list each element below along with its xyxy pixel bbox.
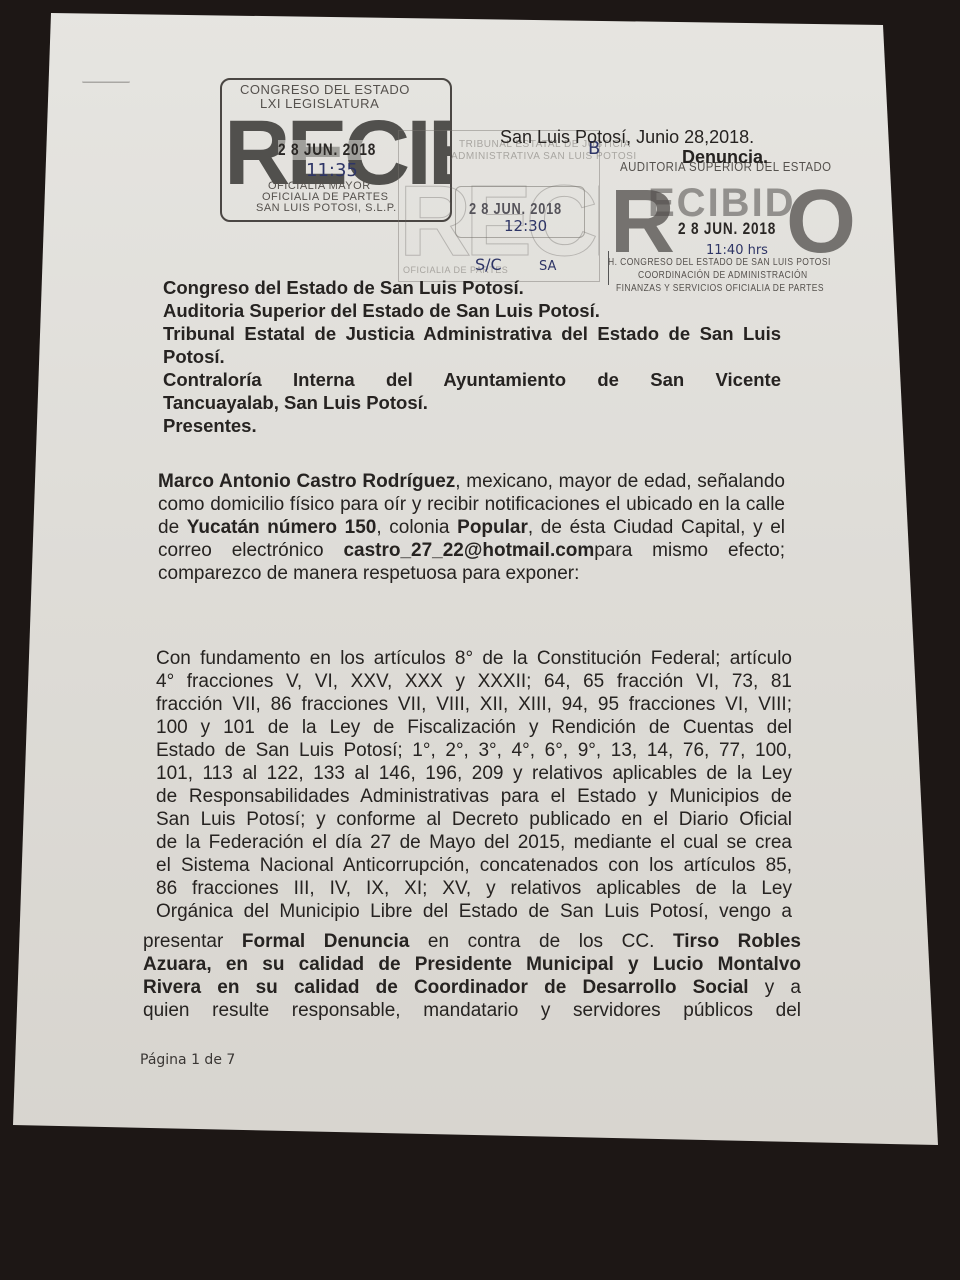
staple bbox=[82, 80, 130, 83]
stamp-auditoria-time: 11:40 hrs bbox=[706, 243, 768, 258]
body-line: San Luis Potosí; y conforme al Decreto p… bbox=[156, 808, 792, 831]
body-line: Estado de San Luis Potosí; 1°, 2°, 3°, 4… bbox=[156, 739, 792, 762]
stamp-auditoria-date: 2 8 JUN. 2018 bbox=[678, 219, 776, 239]
accused-role: Rivera en su calidad de Coordinador de D… bbox=[143, 977, 749, 998]
body-line: de la Federación el día 27 de Mayo del 2… bbox=[156, 831, 792, 854]
intro-paragraph: Marco Antonio Castro Rodríguez, mexicano… bbox=[158, 470, 785, 585]
addressee-line: Presentes. bbox=[163, 414, 781, 437]
addressee-line: Congreso del Estado de San Luis Potosí. bbox=[163, 276, 781, 299]
addressee-line: Auditoria Superior del Estado de San Lui… bbox=[163, 299, 781, 322]
body-line: el Sistema Nacional Anticorrupción, conc… bbox=[156, 854, 792, 877]
intro-text: , colonia bbox=[376, 517, 457, 538]
accused-name: Tirso Robles bbox=[673, 931, 801, 952]
stamp-tribunal-time: 12:30 bbox=[504, 217, 547, 235]
subject: Denuncia. bbox=[682, 146, 768, 169]
stamp-congreso-header1: CONGRESO DEL ESTADO bbox=[240, 82, 410, 97]
stamp-congreso-footer3: SAN LUIS POTOSI, S.L.P. bbox=[256, 202, 397, 214]
body-line: 4° fracciones V, VI, XXV, XXX y XXXII; 6… bbox=[156, 670, 792, 693]
stamp-tribunal: TRIBUNAL ESTATAL DE JUSTICIA ADMINISTRAT… bbox=[398, 130, 600, 282]
closing-text: y a bbox=[749, 977, 801, 998]
closing-text: presentar bbox=[143, 931, 242, 952]
addressee-line: Potosí. bbox=[163, 345, 781, 368]
closing-line: quien resulte responsable, mandatario y … bbox=[143, 999, 801, 1022]
addressee-line: Contraloría Interna del Ayuntamiento de … bbox=[163, 368, 781, 391]
closing-paragraph: presentar Formal Denuncia en contra de l… bbox=[143, 930, 801, 1022]
body-line: de Responsabilidades Administrativas par… bbox=[156, 785, 792, 808]
page-footer: Página 1 de 7 bbox=[140, 1052, 235, 1068]
closing-text: en contra de los CC. bbox=[409, 931, 673, 952]
stamp-tribunal-initials1: S/C bbox=[475, 255, 502, 274]
closing-line: presentar Formal Denuncia en contra de l… bbox=[143, 930, 801, 953]
stamp-tribunal-initials2: SA bbox=[539, 259, 556, 274]
stamp-auditoria-footer1: H. CONGRESO DEL ESTADO DE SAN LUIS POTOS… bbox=[608, 257, 831, 268]
closing-line-bold: Azuara, en su calidad de Presidente Muni… bbox=[143, 953, 801, 976]
stamp-tribunal-header2: ADMINISTRATIVA SAN LUIS POTOSI bbox=[451, 151, 637, 162]
addressees: Congreso del Estado de San Luis Potosí. … bbox=[163, 276, 781, 437]
address: Yucatán número 150 bbox=[187, 517, 377, 538]
addressee-line: Tribunal Estatal de Justicia Administrat… bbox=[163, 322, 781, 345]
body-line: 86 fracciones III, IV, IX, XI; XV, y rel… bbox=[156, 877, 792, 900]
stamp-congreso-time: 11:35 bbox=[306, 160, 358, 181]
colonia: Popular bbox=[457, 517, 528, 538]
email: castro_27_22@hotmail.com bbox=[343, 540, 594, 561]
body-line: Con fundamento en los artículos 8° de la… bbox=[156, 647, 792, 670]
stamp-auditoria-big-o: O bbox=[786, 177, 856, 267]
complainant-name: Marco Antonio Castro Rodríguez bbox=[158, 471, 455, 492]
addressee-line: Tancuayalab, San Luis Potosí. bbox=[163, 391, 781, 414]
body-line: Orgánica del Municipio Libre del Estado … bbox=[156, 900, 792, 923]
stamp-congreso-date: 2 8 JUN. 2018 bbox=[278, 140, 376, 160]
body-line: fracción VII, 86 fracciones VII, VIII, X… bbox=[156, 693, 792, 716]
body-line: 100 y 101 de la Ley de Fiscalización y R… bbox=[156, 716, 792, 739]
formal-denuncia: Formal Denuncia bbox=[242, 931, 409, 952]
body-line: 101, 113 al 122, 133 al 146, 196, 209 y … bbox=[156, 762, 792, 785]
closing-line: Rivera en su calidad de Coordinador de D… bbox=[143, 976, 801, 999]
body-paragraph: Con fundamento en los artículos 8° de la… bbox=[156, 647, 792, 923]
